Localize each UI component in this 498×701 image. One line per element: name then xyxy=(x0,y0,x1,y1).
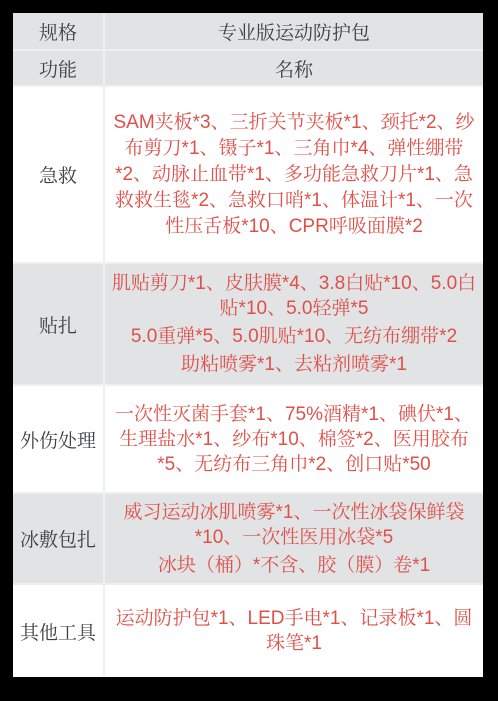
table-row-spec: 规格 专业版运动防护包 xyxy=(13,13,483,49)
table-row-first-aid: 急救 SAM夹板*3、三折关节夹板*1、颈托*2、纱布剪刀*1、镊子*1、三角巾… xyxy=(13,85,483,262)
item-paragraph: 5.0重弹*5、5.0肌贴*10、无纺布绷带*2 xyxy=(109,324,479,349)
product-spec-table: 规格 专业版运动防护包 功能 名称 急救 SAM夹板*3、三折关节夹板*1、颈托… xyxy=(13,13,483,677)
item-paragraph: 冰块（桶）*不含、胶（膜）卷*1 xyxy=(109,553,479,578)
table-row-ice-compress: 冰敷包扎 威习运动冰肌喷雾*1、一次性冰袋保鲜袋*10、一次性医用冰袋*5 冰块… xyxy=(13,492,483,583)
item-paragraph: 助粘喷雾*1、去粘剂喷雾*1 xyxy=(109,352,479,377)
item-list: 一次性灭菌手套*1、75%酒精*1、碘伏*1、生理盐水*1、纱布*10、棉签*2… xyxy=(105,402,483,477)
item-paragraph: 一次性灭菌手套*1、75%酒精*1、碘伏*1、生理盐水*1、纱布*10、棉签*2… xyxy=(109,402,479,477)
item-list: 运动防护包*1、LED手电*1、记录板*1、圆珠笔*1 xyxy=(105,606,483,656)
table-row-taping: 贴扎 肌贴剪刀*1、皮肤膜*4、3.8白贴*10、5.0白贴*10、5.0轻弹*… xyxy=(13,262,483,384)
table-row-wound-treatment: 外伤处理 一次性灭菌手套*1、75%酒精*1、碘伏*1、生理盐水*1、纱布*10… xyxy=(13,384,483,492)
spec-label: 规格 xyxy=(13,13,105,49)
item-paragraph: 运动防护包*1、LED手电*1、记录板*1、圆珠笔*1 xyxy=(109,606,479,656)
category-label: 其他工具 xyxy=(13,585,105,677)
item-list: 威习运动冰肌喷雾*1、一次性冰袋保鲜袋*10、一次性医用冰袋*5 冰块（桶）*不… xyxy=(105,500,483,578)
item-list: 肌贴剪刀*1、皮肤膜*4、3.8白贴*10、5.0白贴*10、5.0轻弹*5 5… xyxy=(105,271,483,377)
item-paragraph: SAM夹板*3、三折关节夹板*1、颈托*2、纱布剪刀*1、镊子*1、三角巾*4、… xyxy=(109,110,479,240)
table-row-function-header: 功能 名称 xyxy=(13,49,483,85)
table-row-other-tools: 其他工具 运动防护包*1、LED手电*1、记录板*1、圆珠笔*1 xyxy=(13,583,483,677)
product-title: 专业版运动防护包 xyxy=(105,13,483,49)
category-label: 外伤处理 xyxy=(13,386,105,492)
screenshot-frame: 规格 专业版运动防护包 功能 名称 急救 SAM夹板*3、三折关节夹板*1、颈托… xyxy=(0,0,498,701)
category-label: 急救 xyxy=(13,87,105,262)
category-label: 贴扎 xyxy=(13,264,105,384)
category-label: 冰敷包扎 xyxy=(13,494,105,583)
item-list: SAM夹板*3、三折关节夹板*1、颈托*2、纱布剪刀*1、镊子*1、三角巾*4、… xyxy=(105,110,483,240)
function-label: 功能 xyxy=(13,51,105,85)
item-paragraph: 威习运动冰肌喷雾*1、一次性冰袋保鲜袋*10、一次性医用冰袋*5 xyxy=(109,500,479,550)
item-paragraph: 肌贴剪刀*1、皮肤膜*4、3.8白贴*10、5.0白贴*10、5.0轻弹*5 xyxy=(109,271,479,321)
name-column-header: 名称 xyxy=(105,51,483,85)
